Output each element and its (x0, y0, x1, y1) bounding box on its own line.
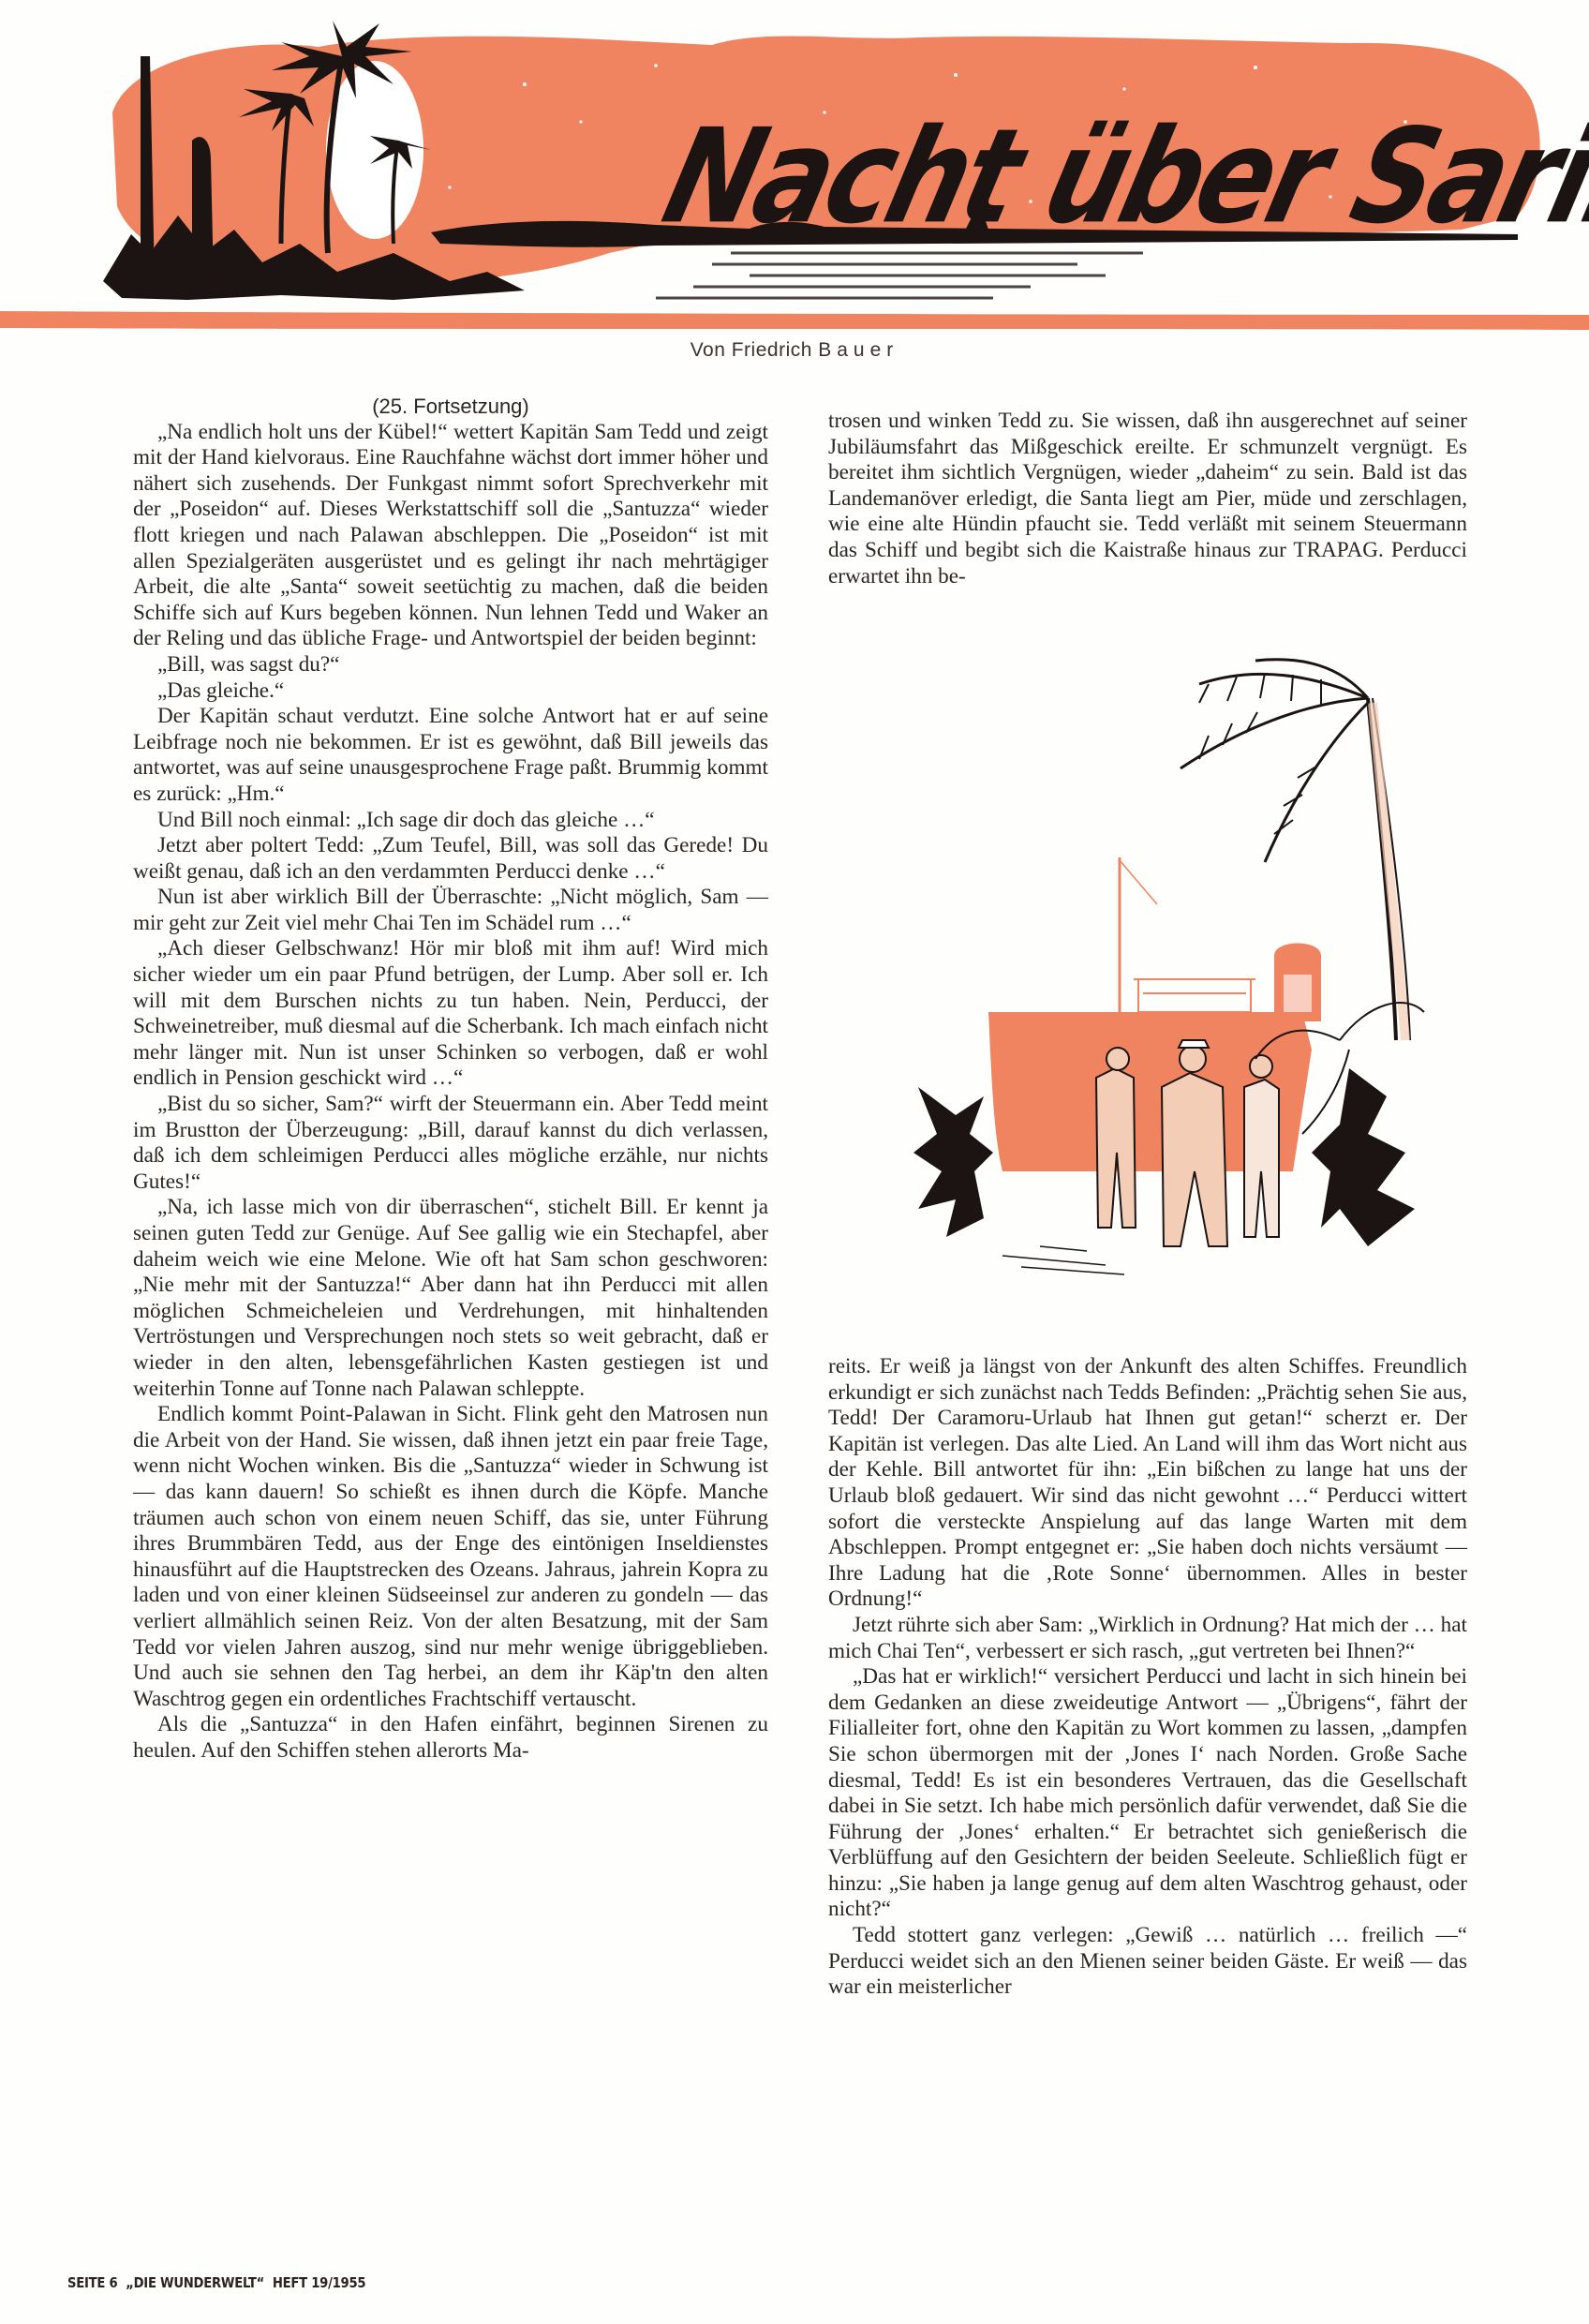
magazine-name: „DIE WUNDERWELT“ (126, 2274, 264, 2291)
paragraph: „Ach dieser Gelbschwanz! Hör mir bloß mi… (133, 936, 768, 1092)
page-footer: SEITE 6„DIE WUNDERWELT“HEFT 19/1955 (67, 2274, 365, 2291)
paragraph: „Bist du so sicher, Sam?“ wirft der Steu… (133, 1092, 768, 1195)
paragraph: Jetzt aber poltert Tedd: „Zum Teufel, Bi… (133, 833, 768, 885)
paragraph: Jetzt rührte sich aber Sam: „Wirklich in… (828, 1613, 1467, 1664)
paragraph: „Das gleiche.“ (133, 678, 768, 705)
ship-pier-illustration (899, 647, 1480, 1293)
issue-number: HEFT 19/1955 (273, 2274, 365, 2291)
author-name: Bauer (818, 339, 898, 361)
article-title: Nacht über Saringa (650, 98, 1513, 253)
byline: Von Friedrich Bauer (0, 339, 1589, 362)
paragraph: Endlich kommt Point-Palawan in Sicht. Fl… (133, 1402, 768, 1712)
paragraph: Tedd stottert ganz verlegen: „Gewiß … na… (828, 1923, 1467, 2001)
paragraph: „Na endlich holt uns der Kübel!“ wettert… (133, 420, 768, 652)
ship-and-sailors-drawing (899, 647, 1480, 1293)
paragraph: Als die „Santuzza“ in den Hafen einfährt… (133, 1712, 768, 1764)
header-banner: Nacht über Saringa (0, 0, 1589, 337)
paragraph: Und Bill noch einmal: „Ich sage dir doch… (133, 808, 768, 834)
magazine-page: Nacht über Saringa Von Friedrich Bauer (… (0, 0, 1589, 2324)
page-number: SEITE 6 (67, 2274, 117, 2291)
right-column-bottom: reits. Er weiß ja längst von der Ankunft… (828, 1354, 1467, 2001)
installment-label: (25. Fortsetzung) (133, 394, 768, 420)
paragraph: trosen und winken Tedd zu. Sie wissen, d… (828, 409, 1467, 589)
paragraph: „Na, ich lasse mich von dir überraschen“… (133, 1195, 768, 1402)
paragraph: „Bill, was sagst du?“ (133, 652, 768, 678)
paragraph: reits. Er weiß ja längst von der Ankunft… (828, 1354, 1467, 1613)
left-column: (25. Fortsetzung) „Na endlich holt uns d… (133, 394, 768, 1764)
byline-prefix: Von Friedrich (691, 339, 819, 361)
paragraph: Der Kapitän schaut verdutzt. Eine solche… (133, 704, 768, 807)
paragraph: Nun ist aber wirklich Bill der Überrasch… (133, 885, 768, 936)
right-column-top: trosen und winken Tedd zu. Sie wissen, d… (828, 409, 1467, 589)
paragraph: „Das hat er wirklich!“ versichert Perduc… (828, 1664, 1467, 1923)
